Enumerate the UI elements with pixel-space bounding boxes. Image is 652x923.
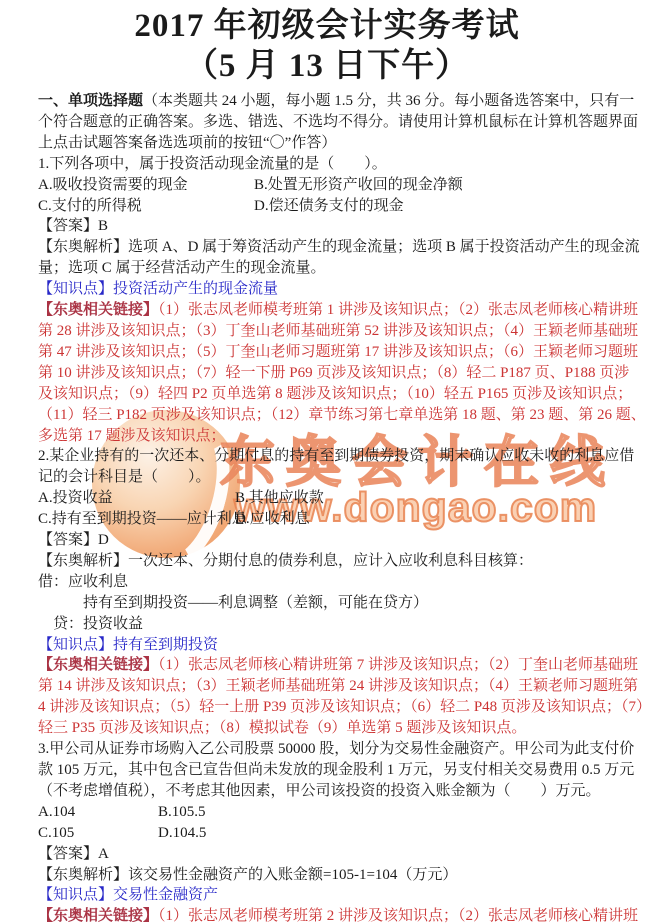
q2-stem-line2: 记的会计科目是（ ）。	[38, 467, 616, 488]
q2-analysis-line1: 【东奥解析】一次还本、分期付息的债券利息，应计入应收利息科目核算：	[38, 551, 616, 572]
q3-answer-value: A	[98, 846, 109, 862]
q2-links-line3: 4 讲涉及该知识点；（5）轻一上册 P39 页涉及该知识点；（6）轻二 P48 …	[38, 697, 616, 718]
q3-option-row-ab: A.104 B.105.5	[38, 802, 616, 823]
q2-answer-value: D	[98, 532, 109, 548]
q3-knowledge-point-value: 交易性金融资产	[113, 887, 218, 903]
q2-stem-line1: 2.某企业持有的一次还本、分期付息的持有至到期债券投资，期末确认应收未收的利息应…	[38, 446, 616, 467]
q3-stem-line3: （不考虑增值税），不考虑其他因素，甲公司该投资的投资入账金额为（ ）万元。	[38, 781, 616, 802]
q1-option-row-cd: C.支付的所得税 D.偿还债务支付的现金	[38, 196, 616, 217]
q3-answer-line: 【答案】A	[38, 844, 616, 865]
answer-label: 【答案】	[38, 218, 98, 234]
q1-links-text1: （1）张志凤老师模考班第 1 讲涉及该知识点；（2）张志凤老师核心精讲班	[158, 302, 638, 318]
section-intro-line2: 个符合题意的正确答案。多选、错选、不选均不得分。请使用计算机鼠标在计算机答题界面	[38, 112, 616, 133]
q1-analysis-line2: 量；选项 C 属于经营活动产生的现金流量。	[38, 258, 616, 279]
q3-analysis-line1: 【东奥解析】该交易性金融资产的入账金额=105-1=104（万元）	[38, 865, 616, 886]
related-links-label: 【东奥相关链接】	[38, 908, 158, 923]
q1-links-line2: 第 28 讲涉及该知识点；（3）丁奎山老师基础班第 52 讲涉及该知识点；（4）…	[38, 321, 616, 342]
section-intro-line3: 上点击试题答案备选选项前的按钮“〇”作答）	[38, 133, 616, 154]
q1-links-line1: 【东奥相关链接】（1）张志凤老师模考班第 1 讲涉及该知识点；（2）张志凤老师核…	[38, 300, 616, 321]
knowledge-point-label: 【知识点】	[38, 887, 113, 903]
q1-links-line6: （11）轻三 P182 页涉及该知识点；（12）章节练习第七章单选第 18 题、…	[38, 405, 616, 426]
q2-option-d: D.应收利息	[235, 509, 310, 530]
section-intro-line1: 一、单项选择题（本类题共 24 小题，每小题 1.5 分，共 36 分。每小题备…	[38, 91, 616, 112]
q3-option-c: C.105	[38, 823, 158, 844]
q3-option-a: A.104	[38, 802, 158, 823]
q3-option-row-cd: C.105 D.104.5	[38, 823, 616, 844]
q3-option-b: B.105.5	[158, 802, 206, 823]
q2-option-b: B.其他应收款	[235, 488, 324, 509]
q3-links-line1: 【东奥相关链接】（1）张志凤老师模考班第 2 讲涉及该知识点；（2）张志凤老师核…	[38, 906, 616, 923]
q3-knowledge-point-line: 【知识点】交易性金融资产	[38, 885, 616, 906]
q1-answer-value: B	[98, 218, 108, 234]
q2-analysis-line4: 贷：投资收益	[38, 614, 616, 635]
q1-knowledge-point-line: 【知识点】投资活动产生的现金流量	[38, 279, 616, 300]
q2-option-row-cd: C.持有至到期投资——应计利息 D.应收利息	[38, 509, 616, 530]
q2-option-c: C.持有至到期投资——应计利息	[38, 509, 235, 530]
q1-option-row-ab: A.吸收投资需要的现金 B.处置无形资产收回的现金净额	[38, 175, 616, 196]
q1-option-b: B.处置无形资产收回的现金净额	[254, 175, 463, 196]
q3-stem-line1: 3.甲公司从证券市场购入乙公司股票 50000 股，划分为交易性金融资产。甲公司…	[38, 739, 616, 760]
q1-links-line3: 第 47 讲涉及该知识点；（5）丁奎山老师习题班第 17 讲涉及该知识点；（6）…	[38, 342, 616, 363]
q3-links-text1: （1）张志凤老师模考班第 2 讲涉及该知识点；（2）张志凤老师核心精讲班	[158, 908, 638, 923]
q3-stem-line2: 款 105 万元，其中包含已宣告但尚未发放的现金股利 1 万元，另支付相关交易费…	[38, 760, 616, 781]
section-heading: 一、单项选择题	[38, 93, 143, 109]
answer-label: 【答案】	[38, 846, 98, 862]
q2-knowledge-point-value: 持有至到期投资	[113, 637, 218, 653]
q2-links-text1: （1）张志凤老师核心精讲班第 7 讲涉及该知识点；（2）丁奎山老师基础班	[158, 657, 638, 673]
related-links-label: 【东奥相关链接】	[38, 302, 158, 318]
q2-answer-line: 【答案】D	[38, 530, 616, 551]
q1-option-c: C.支付的所得税	[38, 196, 254, 217]
q1-links-line5: 及该知识点；（9）轻四 P2 页单选第 8 题涉及该知识点；（10）轻五 P16…	[38, 384, 616, 405]
q2-analysis-line3: 持有至到期投资——利息调整（差额，可能在贷方）	[38, 593, 616, 614]
q2-links-line1: 【东奥相关链接】（1）张志凤老师核心精讲班第 7 讲涉及该知识点；（2）丁奎山老…	[38, 655, 616, 676]
q2-option-row-ab: A.投资收益 B.其他应收款	[38, 488, 616, 509]
knowledge-point-label: 【知识点】	[38, 281, 113, 297]
q2-links-line4: 轻三 P35 页涉及该知识点；（8）模拟试卷（9）单选第 5 题涉及该知识点。	[38, 718, 616, 739]
q3-option-d: D.104.5	[158, 823, 206, 844]
section-intro-text: （本类题共 24 小题，每小题 1.5 分，共 36 分。每小题备选答案中，只有…	[143, 93, 634, 109]
answer-label: 【答案】	[38, 532, 98, 548]
q2-knowledge-point-line: 【知识点】持有至到期投资	[38, 635, 616, 656]
q1-analysis-line1: 【东奥解析】选项 A、D 属于筹资活动产生的现金流量；选项 B 属于投资活动产生…	[38, 237, 616, 258]
page-title-line1: 2017 年初级会计实务考试	[38, 6, 616, 46]
q1-knowledge-point-value: 投资活动产生的现金流量	[113, 281, 278, 297]
q1-stem: 1.下列各项中，属于投资活动现金流量的是（ ）。	[38, 154, 616, 175]
knowledge-point-label: 【知识点】	[38, 637, 113, 653]
q1-links-line4: 第 10 讲涉及该知识点；（7）轻一下册 P69 页涉及该知识点；（8）轻二 P…	[38, 363, 616, 384]
page-title-line2: （5 月 13 日下午）	[38, 46, 616, 86]
q1-links-line7: 多选第 17 题涉及该知识点；	[38, 426, 616, 447]
q1-option-a: A.吸收投资需要的现金	[38, 175, 254, 196]
exam-document-page: 2017 年初级会计实务考试 （5 月 13 日下午） 一、单项选择题（本类题共…	[0, 0, 652, 923]
q2-analysis-line2: 借：应收利息	[38, 572, 616, 593]
q2-option-a: A.投资收益	[38, 488, 235, 509]
q2-links-line2: 第 14 讲涉及该知识点；（3）王颖老师基础班第 24 讲涉及该知识点；（4）王…	[38, 676, 616, 697]
q1-answer-line: 【答案】B	[38, 216, 616, 237]
q1-option-d: D.偿还债务支付的现金	[254, 196, 404, 217]
related-links-label: 【东奥相关链接】	[38, 657, 158, 673]
